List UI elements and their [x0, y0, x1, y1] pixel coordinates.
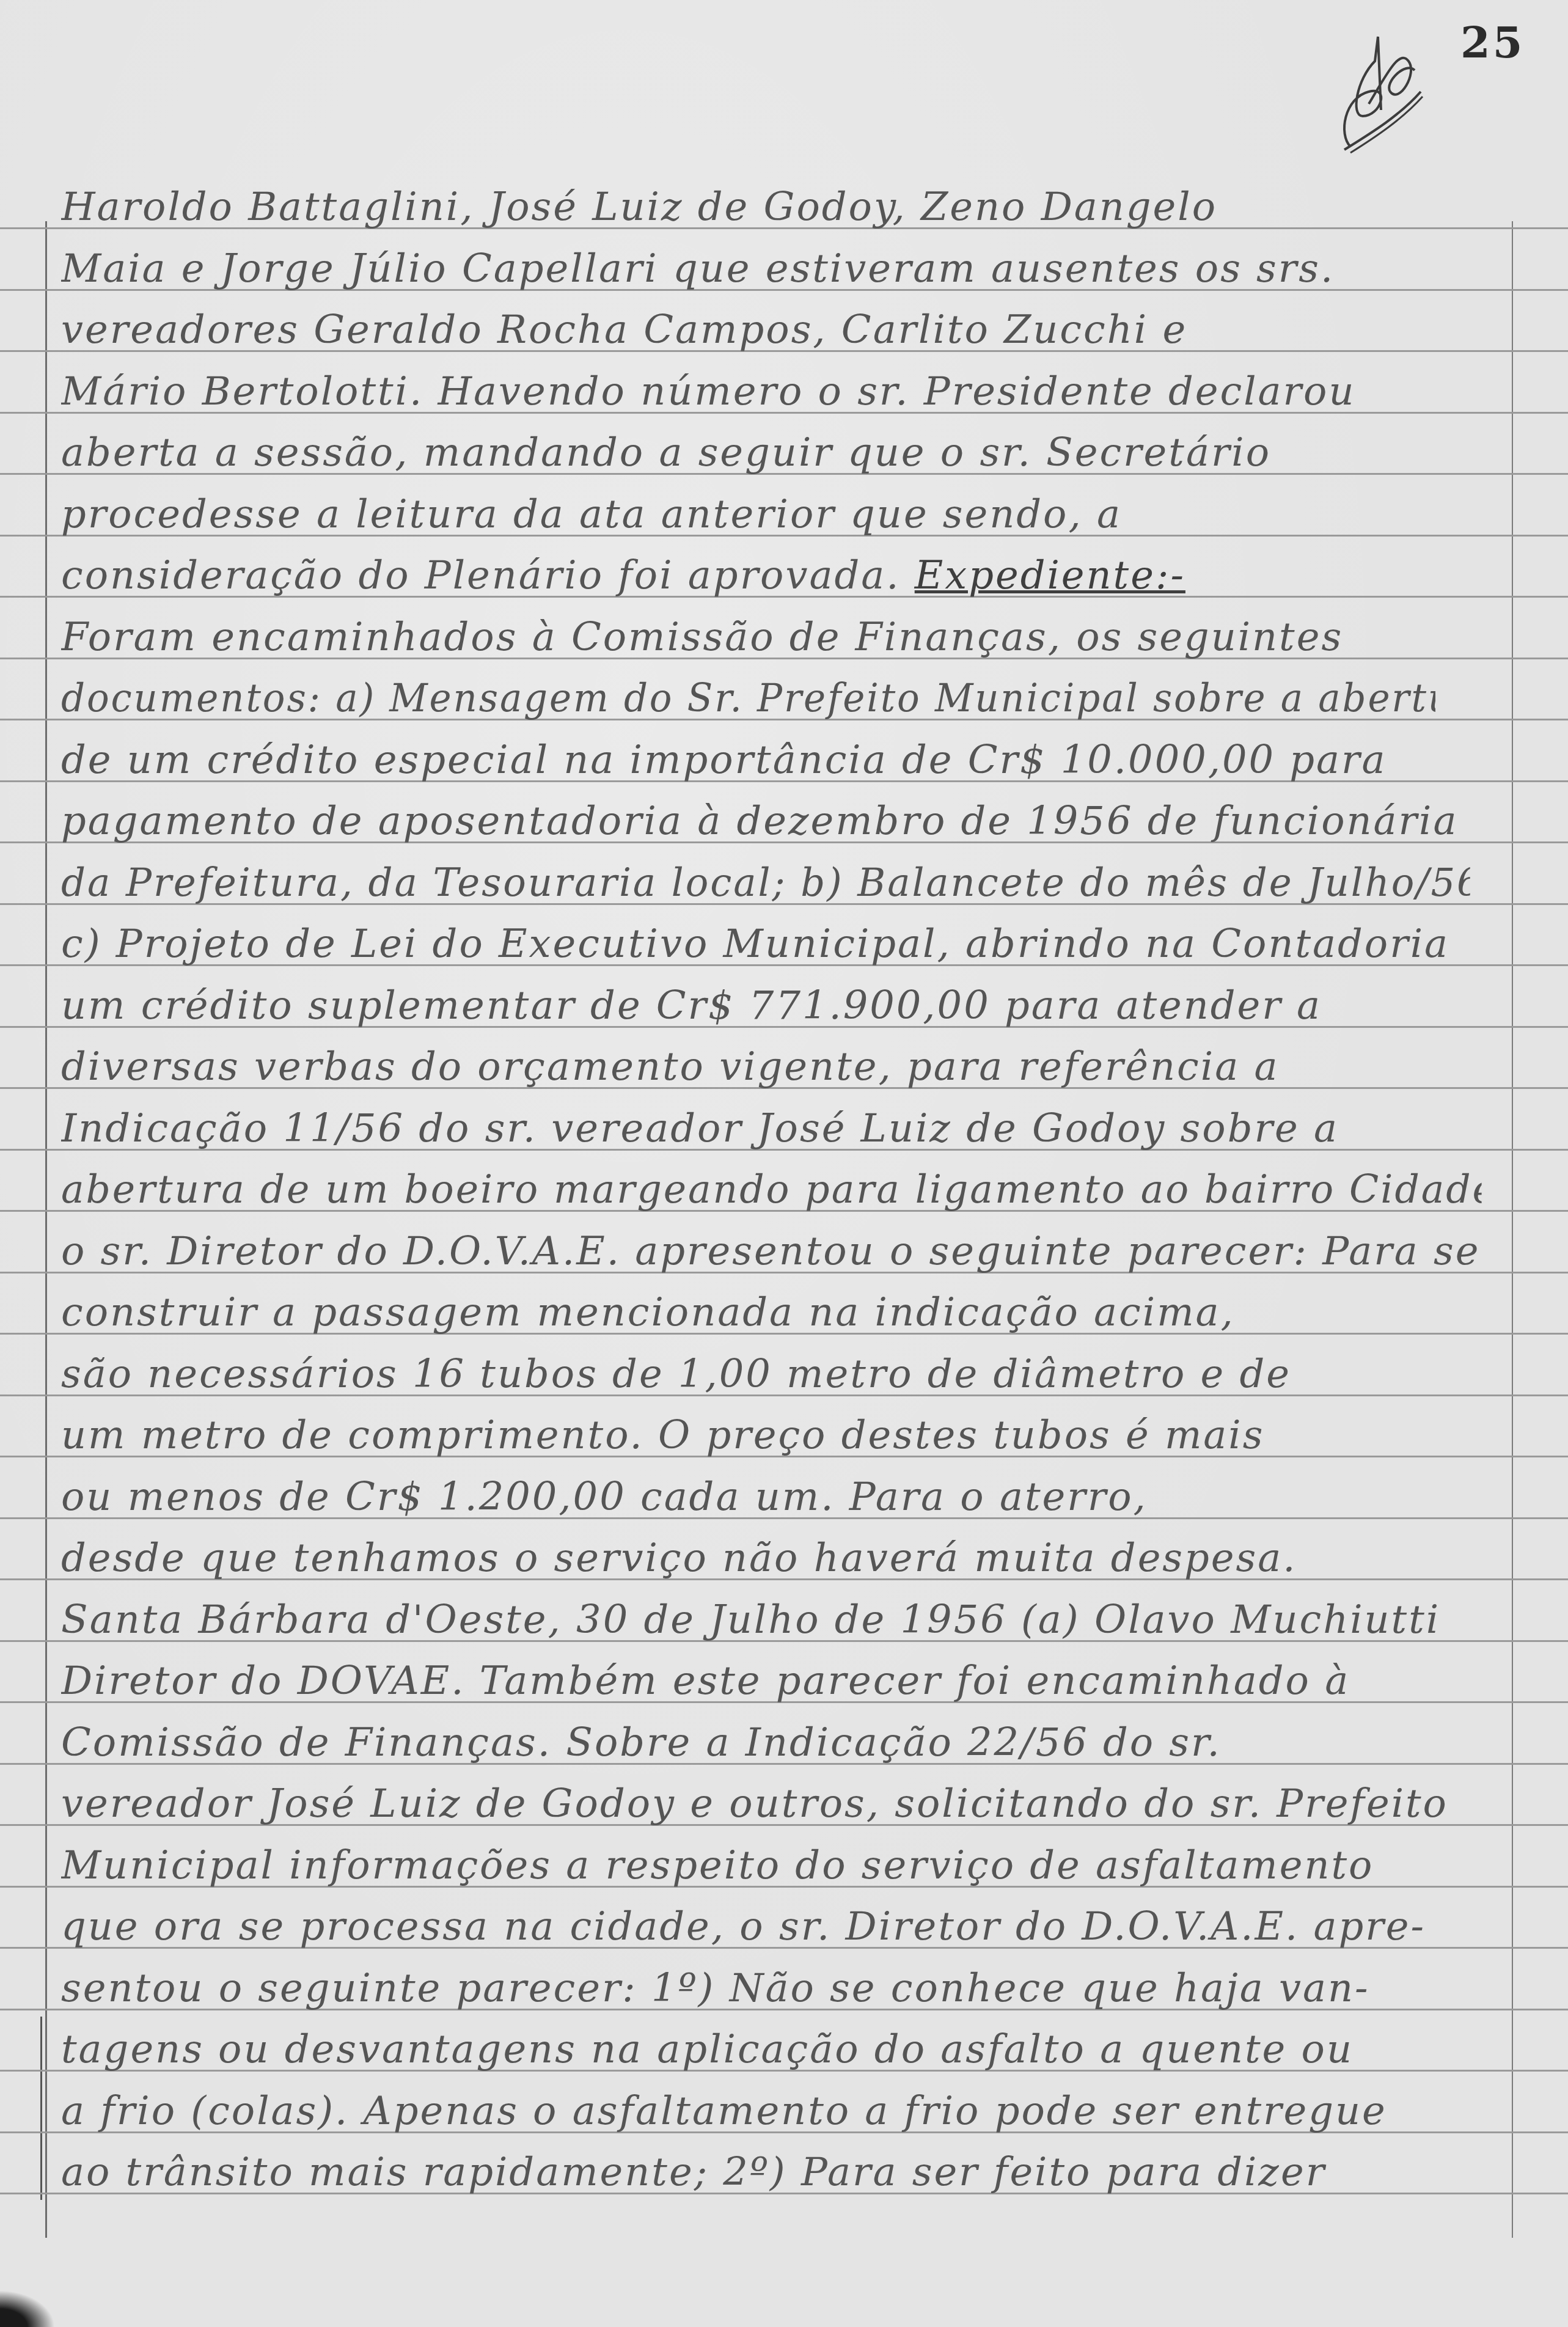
text-line: de um crédito especial na importância de… — [61, 727, 1498, 794]
text-line: que ora se processa na cidade, o sr. Dir… — [61, 1893, 1498, 1960]
text-line: documentos: a) Mensagem do Sr. Prefeito … — [61, 665, 1435, 732]
text-line: desde que tenhamos o serviço não haverá … — [61, 1525, 1498, 1592]
text-line: ou menos de Cr$ 1.200,00 cada um. Para o… — [61, 1464, 1498, 1531]
text-line: pagamento de aposentadoria à dezembro de… — [61, 788, 1498, 855]
text-line: Municipal informações a respeito do serv… — [61, 1832, 1498, 1899]
left-margin-double-line — [40, 2017, 42, 2200]
text-line: sentou o seguinte parecer: 1º) Não se co… — [61, 1955, 1498, 2022]
text-line: vereadores Geraldo Rocha Campos, Carlito… — [61, 296, 1498, 364]
text-line: Foram encaminhados à Comissão de Finança… — [61, 604, 1498, 671]
text-line: Mário Bertolotti. Havendo número o sr. P… — [61, 358, 1498, 425]
underlined-heading-expediente: Expediente:- — [915, 553, 1185, 598]
text-line: a frio (colas). Apenas o asfaltamento a … — [61, 2078, 1498, 2145]
text-line-date-signature: Santa Bárbara d'Oeste, 30 de Julho de 19… — [61, 1586, 1498, 1654]
manuscript-page: 25 Haroldo Battaglini, José Luiz de Godo… — [0, 0, 1568, 2327]
text-line: construir a passagem mencionada na indic… — [61, 1279, 1498, 1346]
text-line: aberta a sessão, mandando a seguir que o… — [61, 419, 1498, 486]
text-line: diversas verbas do orçamento vigente, pa… — [61, 1033, 1498, 1101]
text-line: abertura de um boeiro margeando para lig… — [61, 1156, 1482, 1223]
text-line: Indicação 11/56 do sr. vereador José Lui… — [61, 1095, 1498, 1162]
text-line: procedesse a leitura da ata anterior que… — [61, 481, 1498, 548]
text-line: ao trânsito mais rapidamente; 2º) Para s… — [61, 2139, 1498, 2206]
text-line: Haroldo Battaglini, José Luiz de Godoy, … — [61, 174, 1498, 241]
text-line: um crédito suplementar de Cr$ 771.900,00… — [61, 972, 1498, 1039]
text-line: Comissão de Finanças. Sobre a Indicação … — [61, 1709, 1498, 1776]
text-line: o sr. Diretor do D.O.V.A.E. apresentou o… — [61, 1218, 1498, 1285]
text-line-expediente: consideração do Plenário foi aprovada. E… — [61, 542, 1498, 609]
text-line: c) Projeto de Lei do Executivo Municipal… — [61, 911, 1498, 978]
text-line: são necessários 16 tubos de 1,00 metro d… — [61, 1341, 1498, 1408]
page-number: 25 — [1460, 17, 1525, 68]
left-margin-line — [45, 221, 47, 2238]
text-line: Diretor do DOVAE. Também este parecer fo… — [61, 1647, 1498, 1715]
scan-shadow-corner — [0, 2290, 55, 2327]
text-line: um metro de comprimento. O preço destes … — [61, 1402, 1498, 1469]
text-line: da Prefeitura, da Tesouraria local; b) B… — [61, 849, 1470, 917]
right-margin-line — [1512, 221, 1513, 2238]
text-line: tagens ou desvantagens na aplicação do a… — [61, 2016, 1498, 2083]
text-line: vereador José Luiz de Godoy e outros, so… — [61, 1770, 1498, 1838]
text-line: Maia e Jorge Júlio Capellari que estiver… — [61, 235, 1498, 302]
signature-rubric-icon — [1332, 24, 1424, 159]
